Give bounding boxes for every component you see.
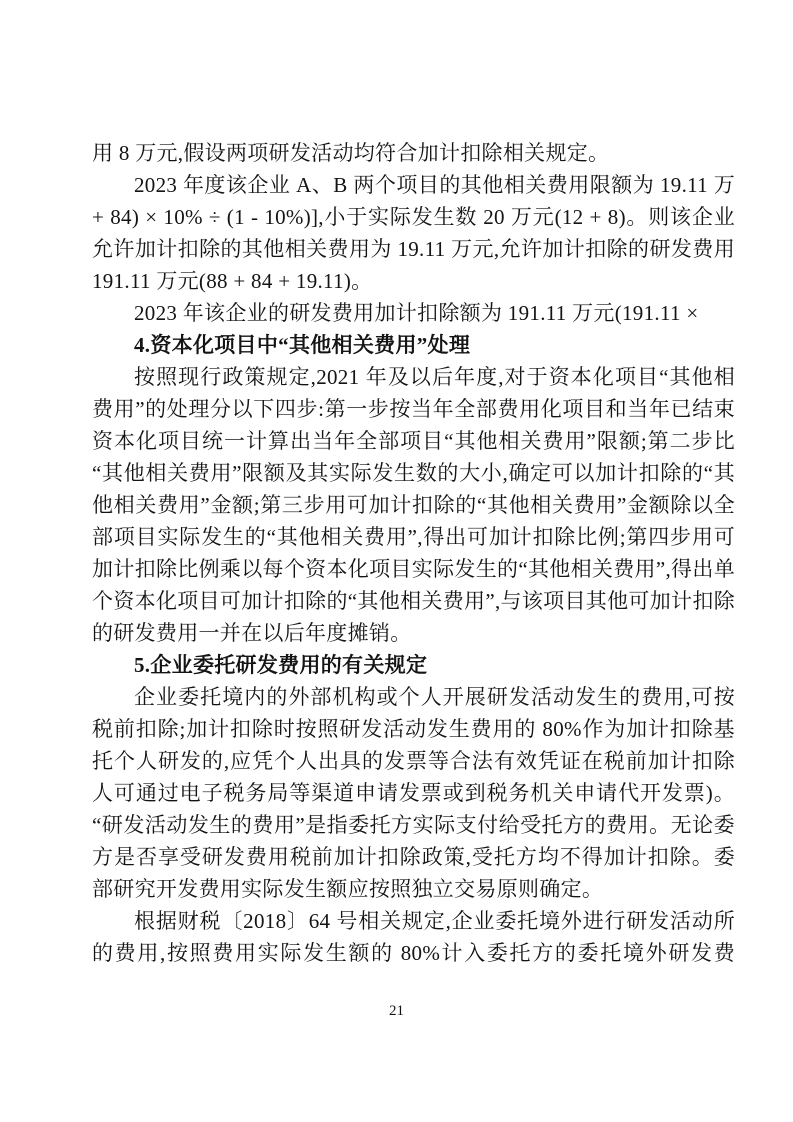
document-page: 用 8 万元,假设两项研发活动均符合加计扣除相关规定。2023 年度该企业 A、… (0, 0, 793, 1122)
text-line: 用 8 万元,假设两项研发活动均符合加计扣除相关规定。 (92, 137, 735, 169)
text-line: 托个人研发的,应凭个人出具的发票等合法有效凭证在税前加计扣除(个 (92, 745, 735, 777)
text-line: 税前扣除;加计扣除时按照研发活动发生费用的 80%作为加计扣除基数。委 (92, 713, 735, 745)
text-line: 人可通过电子税务局等渠道申请发票或到税务机关申请代开发票)。其中 (92, 777, 735, 809)
text-line: 191.11 万元(88 + 84 + 19.11)。 (92, 265, 735, 297)
text-line: 部研究开发费用实际发生额应按照独立交易原则确定。 (92, 873, 735, 905)
text-line: 2023 年该企业的研发费用加计扣除额为 191.11 万元(191.11 × … (92, 297, 735, 329)
text-line: 允许加计扣除的其他相关费用为 19.11 万元,允许加计扣除的研发费用为 (92, 233, 735, 265)
section-heading: 5.企业委托研发费用的有关规定 (92, 649, 735, 681)
text-line: 加计扣除比例乘以每个资本化项目实际发生的“其他相关费用”,得出单 (92, 553, 735, 585)
section-heading: 4.资本化项目中“其他相关费用”处理 (92, 329, 735, 361)
text-line: 资本化项目统一计算出当年全部项目“其他相关费用”限额;第二步比较 (92, 425, 735, 457)
text-line: “其他相关费用”限额及其实际发生数的大小,确定可以加计扣除的“其 (92, 457, 735, 489)
text-line: 他相关费用”金额;第三步用可加计扣除的“其他相关费用”金额除以全 (92, 489, 735, 521)
text-line: 根据财税〔2018〕64 号相关规定,企业委托境外进行研发活动所发生 (92, 905, 735, 937)
text-line: “研发活动发生的费用”是指委托方实际支付给受托方的费用。无论委托 (92, 809, 735, 841)
text-line: 企业委托境内的外部机构或个人开展研发活动发生的费用,可按规定 (92, 681, 735, 713)
text-line: 的研发费用一并在以后年度摊销。 (92, 617, 735, 649)
text-line: 2023 年度该企业 A、B 两个项目的其他相关费用限额为 19.11 万元[(… (92, 169, 735, 201)
text-line: + 84) × 10% ÷ (1 - 10%)],小于实际发生数 20 万元(1… (92, 201, 735, 233)
page-number: 21 (0, 1000, 793, 1022)
text-line: 费用”的处理分以下四步:第一步按当年全部费用化项目和当年已结束的 (92, 393, 735, 425)
text-line: 方是否享受研发费用税前加计扣除政策,受托方均不得加计扣除。委托外 (92, 841, 735, 873)
text-line: 的费用,按照费用实际发生额的 80%计入委托方的委托境外研发费用。委托 (92, 937, 735, 969)
text-body: 用 8 万元,假设两项研发活动均符合加计扣除相关规定。2023 年度该企业 A、… (92, 137, 735, 969)
text-line: 个资本化项目可加计扣除的“其他相关费用”,与该项目其他可加计扣除 (92, 585, 735, 617)
text-line: 部项目实际发生的“其他相关费用”,得出可加计扣除比例;第四步用可 (92, 521, 735, 553)
text-line: 按照现行政策规定,2021 年及以后年度,对于资本化项目“其他相关 (92, 361, 735, 393)
